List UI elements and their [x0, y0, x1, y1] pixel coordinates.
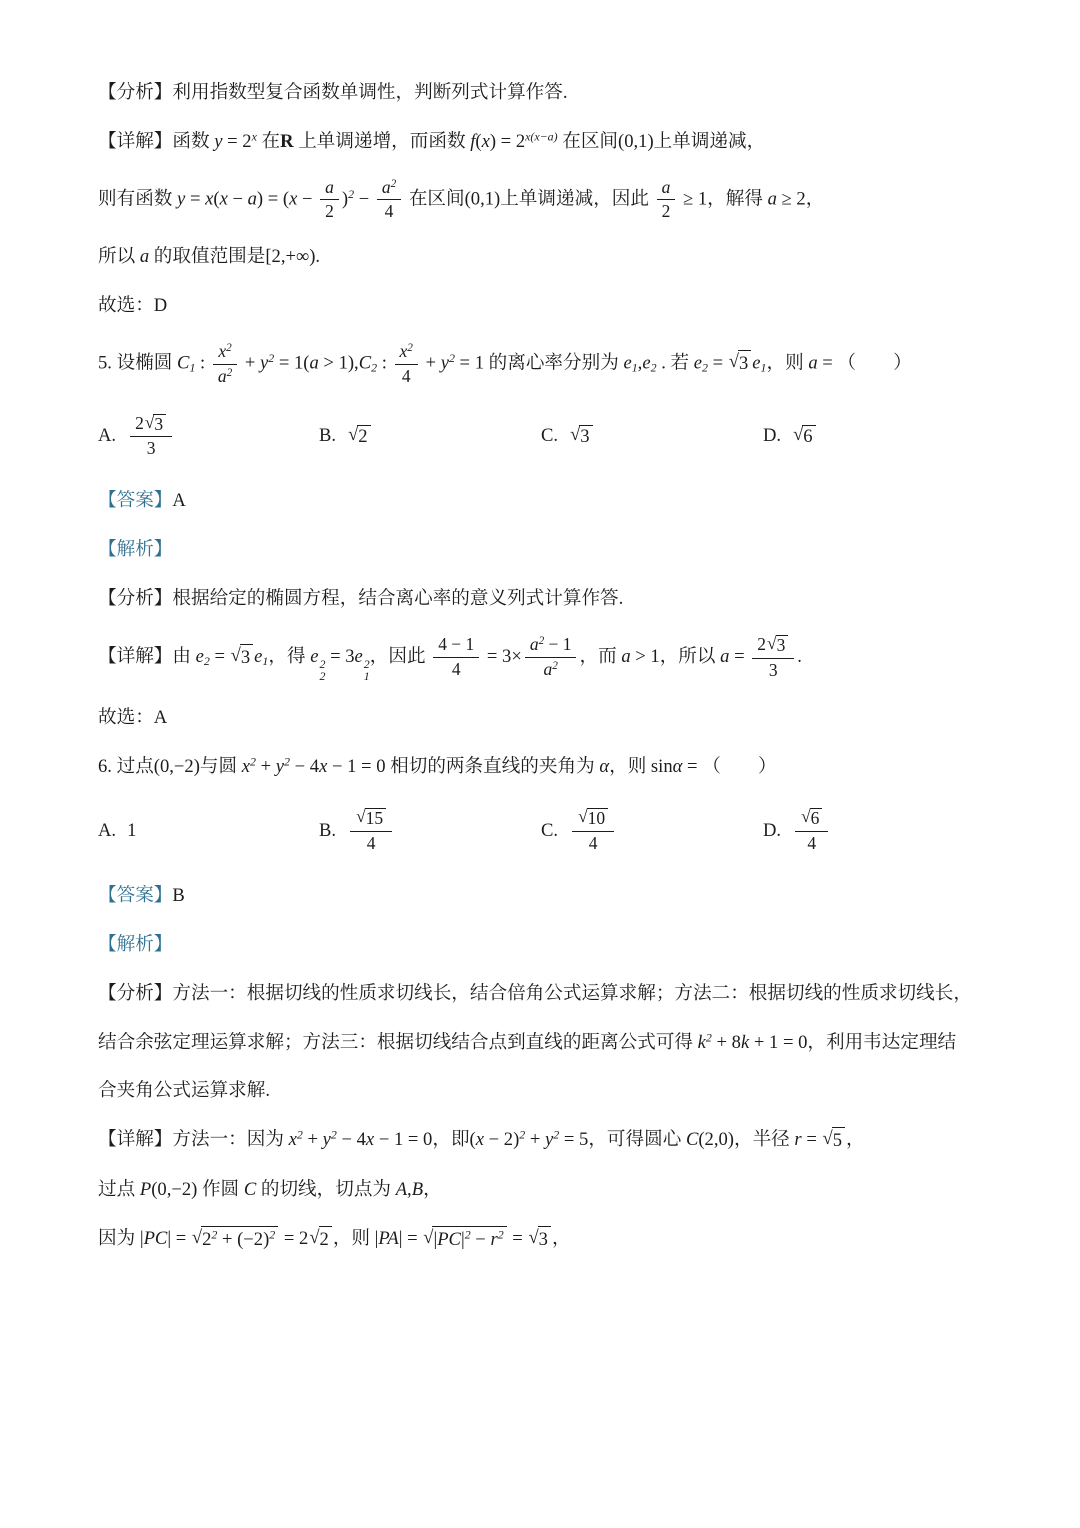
text-run: − 1	[544, 634, 571, 654]
option-label: B.	[319, 820, 336, 842]
math-var: α	[599, 756, 609, 777]
detail-q6-line2: 过点 P(0,−2) 作圆 C 的切线，切点为 A,B，	[98, 1177, 990, 1204]
detail-q4-line2: 则有函数 y = x(x − a) = (x − a2)2 − a24 在区间(…	[98, 178, 990, 222]
text-run: +	[525, 1129, 545, 1150]
denominator: 4	[795, 832, 828, 854]
text-run: =	[185, 188, 205, 209]
section-label: 【答案】	[98, 490, 172, 511]
radical-sign-icon: √	[356, 807, 366, 828]
analysis-q6-line2: 结合余弦定理运算求解；方法三：根据切线结合点到直线的距离公式可得 k2 + 8k…	[98, 1030, 990, 1057]
superscript: 2	[552, 660, 558, 672]
numerator: √10	[572, 808, 614, 832]
option-d: D.√64	[763, 808, 990, 853]
fraction: √104	[572, 808, 614, 853]
radicand: 2	[319, 1226, 332, 1254]
option-c: C.√3	[541, 425, 763, 448]
option-b: B.√154	[319, 808, 541, 853]
math-var: P	[140, 1179, 151, 1200]
denominator: 4	[433, 658, 479, 680]
text-run: ) = 2	[490, 131, 525, 152]
math-var: e	[355, 646, 363, 667]
option-label: D.	[763, 820, 781, 842]
sqrt-expression: √3	[528, 1226, 551, 1254]
text-run: − 1 = 0，即(	[374, 1129, 476, 1150]
text-run: 则有函数	[98, 188, 177, 209]
text-run: 在区间(0,1)上单调递减，	[558, 131, 766, 152]
text-run: 在	[257, 131, 280, 152]
answer-choice-q5: 故选：A	[98, 705, 990, 732]
math-var: C	[244, 1179, 256, 1200]
text-run: 3	[769, 660, 778, 680]
text-run: 1	[127, 820, 136, 841]
option-c: C.√104	[541, 808, 763, 853]
text-run: − 1 = 0 相切的两条直线的夹角为	[327, 756, 599, 777]
sqrt-expression: √15	[356, 808, 386, 829]
radical-sign-icon: √	[192, 1225, 202, 1253]
radical-sign-icon: √	[822, 1126, 832, 1154]
radicand: 15	[365, 808, 386, 829]
text-run: 4	[385, 201, 394, 221]
text-run: .	[797, 646, 802, 667]
sqrt-expression: √3	[145, 414, 166, 435]
sqrt-expression: √22 + (−2)2	[192, 1226, 278, 1254]
math-var: a	[309, 352, 318, 373]
radicand: 2	[357, 425, 370, 448]
math-var: y	[260, 352, 268, 373]
text-run: ，而	[579, 646, 621, 667]
text-run: = 2	[222, 131, 251, 152]
sqrt-expression: √|PC|2 − r2	[423, 1226, 506, 1254]
sqrt-expression: √2	[348, 425, 371, 448]
text-run: 2	[325, 201, 334, 221]
options-q6: A.1B.√154C.√104D.√64	[98, 803, 990, 859]
fraction: 2√33	[130, 414, 172, 459]
math-var: a	[662, 177, 671, 197]
text-run: =	[708, 352, 728, 373]
option-a: A.1	[98, 820, 319, 842]
text-run: +	[240, 352, 260, 373]
text-run: B	[172, 885, 184, 906]
math-var: x	[289, 1129, 297, 1150]
jiexi-q5: 【解析】	[98, 537, 990, 564]
radicand: |PC|2 − r2	[432, 1226, 506, 1254]
text-run: = 1 的离心率分别为	[455, 352, 624, 373]
section-label: 【解析】	[98, 539, 172, 560]
text-run: +	[421, 352, 441, 373]
option-a: A.2√33	[98, 414, 319, 459]
math-var: k	[741, 1032, 749, 1053]
analysis-q6-line3: 合夹角公式运算求解.	[98, 1078, 990, 1105]
answer-q5: 【答案】A	[98, 488, 990, 515]
detail-q6-line3: 因为 |PC| = √22 + (−2)2 = 2√2，则 |PA| = √|P…	[98, 1226, 990, 1254]
text-run: = 2	[279, 1228, 308, 1249]
text-run: +	[303, 1129, 323, 1150]
text-run: = （ ）	[682, 756, 776, 777]
text-run: 5	[833, 1130, 842, 1151]
text-run: 6	[811, 808, 820, 828]
text-run: :	[377, 352, 391, 373]
math-var: x	[482, 131, 490, 152]
analysis-q5: 【分析】根据给定的椭圆方程，结合离心率的意义列式计算作答.	[98, 586, 990, 613]
sqrt-expression: √6	[801, 808, 822, 829]
radical-sign-icon: √	[729, 349, 739, 377]
math-var: PA	[378, 1228, 398, 1249]
radical-sign-icon: √	[767, 634, 777, 655]
question-6: 6. 过点(0,−2)与圆 x2 + y2 − 4x − 1 = 0 相切的两条…	[98, 754, 990, 781]
radical-sign-icon: √	[145, 413, 155, 434]
text-run: ，则 |	[333, 1228, 379, 1249]
math-var: a	[248, 188, 257, 209]
text-run: 6. 过点(0,−2)与圆	[98, 756, 242, 777]
text-run: 2	[320, 1229, 329, 1250]
sqrt-expression: √10	[578, 808, 608, 829]
text-run: 结合余弦定理运算求解；方法三：根据切线结合点到直线的距离公式可得	[98, 1032, 698, 1053]
denominator: a2	[525, 658, 577, 680]
sqrt-expression: √2	[309, 1226, 332, 1254]
denominator: 4	[350, 832, 392, 854]
sqrt-expression: √3	[570, 425, 593, 448]
numerator: x2	[395, 342, 418, 365]
text-run: =	[802, 1129, 822, 1150]
math-var: y	[323, 1129, 331, 1150]
text-run: −	[228, 188, 248, 209]
option-label: A.	[98, 425, 116, 447]
radical-sign-icon: √	[309, 1225, 319, 1253]
math-var: a	[325, 177, 334, 197]
subscript: 1	[364, 670, 370, 683]
text-run: 在区间(0,1)上单调递减，因此	[404, 188, 653, 209]
option-value: √3	[569, 425, 594, 448]
text-run: = 3	[325, 646, 354, 667]
superscript: 2	[269, 1228, 275, 1242]
denominator: 4	[377, 200, 401, 222]
fraction: x2a2	[213, 342, 237, 386]
text-run: 的切线，切点为	[256, 1179, 395, 1200]
sqrt-expression: √3	[231, 644, 254, 672]
text-run: 的取值范围是[2,+∞).	[149, 246, 320, 267]
text-run: ，	[846, 1129, 865, 1150]
text-run: 4	[807, 833, 816, 853]
text-run: 15	[366, 808, 383, 828]
superscript: 2	[498, 1228, 504, 1242]
text-run: 5. 设椭圆	[98, 352, 177, 373]
denominator: 3	[752, 659, 794, 681]
option-label: B.	[319, 425, 336, 447]
text-run: 【分析】利用指数型复合函数单调性，判断列式计算作答.	[98, 82, 568, 103]
option-value: √6	[792, 425, 817, 448]
math-var: e	[310, 646, 318, 667]
math-var: y	[441, 352, 449, 373]
text-run: ) = (	[257, 188, 289, 209]
text-run: 【详解】方法一：因为	[98, 1129, 289, 1150]
text-run: 2	[358, 426, 367, 447]
option-value: 1	[127, 820, 136, 842]
text-run: ，	[552, 1228, 571, 1249]
radicand: 5	[832, 1127, 845, 1155]
math-var: a	[140, 246, 149, 267]
radical-sign-icon: √	[793, 424, 803, 447]
text-run: 上单调递增，而函数	[294, 131, 471, 152]
text-run: 2	[135, 413, 144, 433]
math-var: a	[382, 177, 391, 197]
text-run: = 3×	[482, 646, 522, 667]
fraction: √154	[350, 808, 392, 853]
text-run: ，	[423, 1179, 442, 1200]
text-run: > 1，所以	[631, 646, 721, 667]
radicand: 3	[538, 1226, 551, 1254]
option-label: A.	[98, 820, 116, 842]
option-value: √2	[347, 425, 372, 448]
text-run: = 1(	[274, 352, 309, 373]
text-run: ≥ 1，解得	[678, 188, 767, 209]
text-run: 【详解】函数	[98, 131, 214, 152]
sqrt-expression: √5	[822, 1127, 845, 1155]
fraction: √64	[795, 808, 828, 853]
text-run: 故选：A	[98, 707, 167, 728]
math-var: x	[218, 341, 226, 361]
numerator: √6	[795, 808, 828, 832]
text-run: =	[729, 646, 749, 667]
text-run: | =	[399, 1228, 423, 1249]
option-label: C.	[541, 820, 558, 842]
denominator: 2	[657, 200, 676, 222]
text-run: + (−2)	[217, 1229, 269, 1250]
fraction: x24	[395, 342, 418, 386]
math-var: e	[694, 352, 702, 373]
text-run: 4	[452, 659, 461, 679]
analysis-q4: 【分析】利用指数型复合函数单调性，判断列式计算作答.	[98, 80, 990, 107]
math-var: r	[490, 1229, 497, 1250]
text-run: 2	[662, 201, 671, 221]
text-run: −	[471, 1229, 491, 1250]
document-content: 【分析】利用指数型复合函数单调性，判断列式计算作答.【详解】函数 y = 2x …	[98, 80, 990, 1254]
text-run: ，则 sin	[609, 756, 673, 777]
math-var: x	[242, 756, 250, 777]
radicand: 22 + (−2)2	[201, 1226, 278, 1254]
math-var: k	[698, 1032, 706, 1053]
math-var: a	[543, 659, 552, 679]
text-run: − 2)	[484, 1129, 519, 1150]
sqrt-expression: √3	[729, 350, 752, 378]
math-var: α	[673, 756, 683, 777]
text-run: 10	[588, 808, 605, 828]
detail-q5: 【详解】由 e2 = √3e1，得 e22 = 3e21，因此 4 − 14 =…	[98, 635, 990, 683]
text-run: :	[195, 352, 209, 373]
numerator: a2 − 1	[525, 635, 577, 658]
text-run: 3	[147, 438, 156, 458]
math-var: a	[768, 188, 777, 209]
math-var: a	[218, 366, 227, 386]
radical-sign-icon: √	[528, 1225, 538, 1253]
text-run: 3	[241, 647, 250, 668]
question-5: 5. 设椭圆 C1 : x2a2 + y2 = 1(a > 1),C2 : x2…	[98, 342, 990, 386]
math-var: r	[794, 1129, 801, 1150]
option-value: √64	[792, 808, 831, 853]
text-run: . 若	[657, 352, 694, 373]
math-var: C	[359, 352, 371, 373]
option-label: C.	[541, 425, 558, 447]
numerator: 4 − 1	[433, 635, 479, 658]
fraction: 2√33	[752, 635, 794, 680]
text-run: 因为 |	[98, 1228, 144, 1249]
radical-sign-icon: √	[570, 424, 580, 447]
option-value: √154	[347, 808, 395, 853]
math-bold-set: R	[280, 131, 293, 152]
text-run: 【分析】根据给定的椭圆方程，结合离心率的意义列式计算作答.	[98, 588, 623, 609]
denominator: 3	[130, 437, 172, 459]
fraction: a2	[320, 178, 339, 222]
radicand: 6	[802, 425, 815, 448]
numerator: a2	[377, 178, 401, 201]
numerator: 2√3	[130, 414, 172, 438]
radical-sign-icon: √	[231, 643, 241, 671]
math-var: e	[623, 352, 631, 373]
text-run: 3	[777, 635, 786, 655]
text-run: 合夹角公式运算求解.	[98, 1080, 270, 1101]
math-var: C	[177, 352, 189, 373]
text-run: 所以	[98, 246, 140, 267]
text-run: ，则	[767, 352, 809, 373]
math-var: A	[396, 1179, 407, 1200]
radicand: 3	[579, 425, 592, 448]
math-var: x	[220, 188, 228, 209]
option-d: D.√6	[763, 425, 990, 448]
text-run: = （ ）	[818, 352, 912, 373]
option-value: 2√33	[127, 414, 175, 459]
options-q5: A.2√33B.√2C.√3D.√6	[98, 408, 990, 464]
superscript: 2	[227, 366, 233, 378]
superscript: 2	[226, 342, 232, 354]
text-run: + 1 = 0，利用韦达定理结	[749, 1032, 956, 1053]
numerator: a	[320, 178, 339, 201]
math-var: a	[530, 634, 539, 654]
text-run: > 1),	[319, 352, 359, 373]
numerator: x2	[213, 342, 237, 365]
fraction: a2 − 1a2	[525, 635, 577, 679]
option-b: B.√2	[319, 425, 541, 448]
detail-q4-line3: 所以 a 的取值范围是[2,+∞).	[98, 244, 990, 271]
fraction: a24	[377, 178, 401, 222]
text-run: | =	[167, 1228, 191, 1249]
option-value: √104	[569, 808, 617, 853]
text-run: −	[297, 188, 317, 209]
text-run: ≥ 2，	[777, 188, 824, 209]
text-run: 【分析】方法一：根据切线的性质求切线长，结合倍角公式运算求解；方法二：根据切线的…	[98, 983, 972, 1004]
superscript: 2	[407, 342, 413, 354]
numerator: a	[657, 178, 676, 201]
radicand: 6	[810, 808, 823, 829]
text-run: 6	[803, 426, 812, 447]
text-run: − 4	[337, 1129, 366, 1150]
radicand: 3	[153, 414, 166, 435]
analysis-q6-line1: 【分析】方法一：根据切线的性质求切线长，结合倍角公式运算求解；方法二：根据切线的…	[98, 981, 990, 1008]
denominator: 4	[572, 832, 614, 854]
text-run: =	[508, 1228, 528, 1249]
math-var: PC	[144, 1228, 168, 1249]
text-run: 2	[757, 634, 766, 654]
denominator: a2	[213, 365, 237, 387]
section-label: 【答案】	[98, 885, 172, 906]
text-run: − 4	[290, 756, 319, 777]
text-run: A	[172, 490, 185, 511]
fraction: a2	[657, 178, 676, 222]
math-var: C	[686, 1129, 698, 1150]
text-run: 3	[580, 426, 589, 447]
text-run: 故选：D	[98, 295, 167, 316]
text-run: −	[354, 188, 374, 209]
text-run: (2,0)，半径	[698, 1129, 794, 1150]
text-run: 4 − 1	[438, 634, 474, 654]
radical-sign-icon: √	[348, 424, 358, 447]
text-run: +	[256, 756, 276, 777]
math-var: PC	[437, 1229, 461, 1250]
radical-sign-icon: √	[801, 807, 811, 828]
sqrt-expression: √3	[767, 635, 788, 656]
sqrt-expression: √6	[793, 425, 816, 448]
radicand: 3	[240, 644, 253, 672]
radicand: 3	[738, 350, 751, 378]
answer-choice-q4: 故选：D	[98, 293, 990, 320]
detail-q6-line1: 【详解】方法一：因为 x2 + y2 − 4x − 1 = 0，即(x − 2)…	[98, 1127, 990, 1155]
text-run: 3	[539, 1229, 548, 1250]
detail-q4-line1: 【详解】函数 y = 2x 在R 上单调递增，而函数 f(x) = 2x(x−a…	[98, 129, 990, 156]
fraction: 4 − 14	[433, 635, 479, 679]
denominator: 4	[395, 365, 418, 387]
text-run: 4	[367, 833, 376, 853]
text-run: 3	[739, 353, 748, 374]
superscript: 2	[391, 178, 397, 190]
document-page: 【分析】利用指数型复合函数单调性，判断列式计算作答.【详解】函数 y = 2x …	[0, 0, 1080, 1528]
math-var: x	[476, 1129, 484, 1150]
text-run: 3	[154, 414, 163, 434]
math-var: e	[196, 646, 204, 667]
math-var: a	[621, 646, 630, 667]
text-run: (0,−2) 作圆	[151, 1179, 244, 1200]
superscript: x(x−a)	[525, 129, 557, 143]
radical-sign-icon: √	[578, 807, 588, 828]
numerator: √15	[350, 808, 392, 832]
denominator: 2	[320, 200, 339, 222]
text-run: 【详解】由	[98, 646, 196, 667]
text-run: ，因此	[370, 646, 430, 667]
radicand: 10	[587, 808, 608, 829]
math-var: x	[366, 1129, 374, 1150]
text-run: = 5，可得圆心	[559, 1129, 686, 1150]
text-run: 4	[589, 833, 598, 853]
section-label: 【解析】	[98, 934, 172, 955]
text-run: 2	[202, 1229, 211, 1250]
math-var: e	[752, 352, 760, 373]
math-var: e	[642, 352, 650, 373]
option-label: D.	[763, 425, 781, 447]
radical-sign-icon: √	[423, 1225, 433, 1253]
subscript: 2	[319, 670, 325, 683]
text-run: + 8	[712, 1032, 741, 1053]
radicand: 3	[776, 635, 789, 656]
math-var: y	[276, 756, 284, 777]
jiexi-q6: 【解析】	[98, 932, 990, 959]
text-run: =	[210, 646, 230, 667]
math-var: B	[412, 1179, 423, 1200]
text-run: 4	[402, 366, 411, 386]
text-run: ，得	[268, 646, 310, 667]
text-run: 过点	[98, 1179, 140, 1200]
math-var: a	[808, 352, 817, 373]
numerator: 2√3	[752, 635, 794, 659]
answer-q6: 【答案】B	[98, 883, 990, 910]
